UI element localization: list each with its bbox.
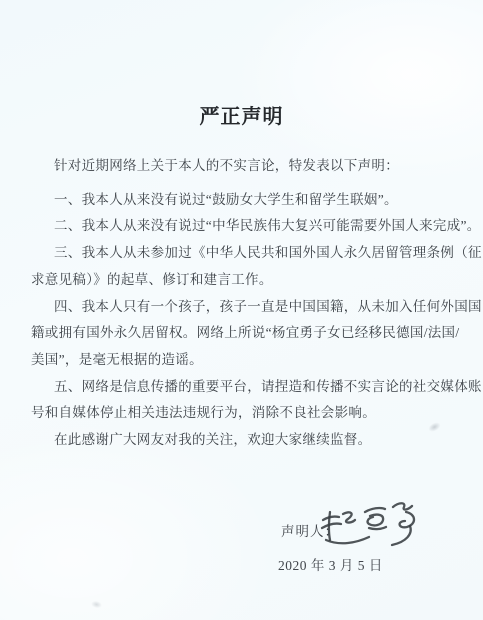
document-date: 2020 年 3 月 5 日 — [278, 554, 383, 574]
paragraph-line: 五、网络是信息传播的重要平台，请捏造和传播不实言论的社交媒体账 — [31, 374, 459, 401]
paragraph-line: 美国”，是毫无根据的造谣。 — [31, 347, 459, 374]
paragraph-line: 号和自媒体停止相关违法违规行为，消除不良社会影响。 — [31, 400, 459, 427]
scan-smudge — [90, 600, 102, 609]
document-title: 严正声明 — [0, 100, 483, 129]
document-body: 针对近期网络上关于本人的不实言论，特发表以下声明： 一、我本人从来没有说过“鼓励… — [31, 153, 459, 454]
paragraph-line: 二、我本人从来没有说过“中华民族伟大复兴可能需要外国人来完成”。 — [31, 213, 459, 240]
statement-document: 严正声明 针对近期网络上关于本人的不实言论，特发表以下声明： 一、我本人从来没有… — [0, 0, 483, 620]
handwritten-signature — [300, 490, 440, 560]
paragraph-line: 在此感谢广大网友对我的关注，欢迎大家继续监督。 — [31, 427, 459, 454]
paragraph-line: 籍或拥有国外永久居留权。网络上所说“杨宜勇子女已经移民德国/法国/ — [31, 320, 459, 347]
paragraph-line: 针对近期网络上关于本人的不实言论，特发表以下声明： — [31, 153, 459, 180]
paragraph-line: 三、我本人从未参加过《中华人民共和国外国人永久居留管理条例（征 — [31, 240, 459, 267]
paragraph-line: 四、我本人只有一个孩子，孩子一直是中国国籍，从未加入任何外国国 — [31, 294, 459, 321]
paragraph-line: 求意见稿）》的起草、修订和建言工作。 — [31, 267, 459, 294]
paragraph-line: 一、我本人从来没有说过“鼓励女大学生和留学生联姻”。 — [31, 187, 459, 214]
